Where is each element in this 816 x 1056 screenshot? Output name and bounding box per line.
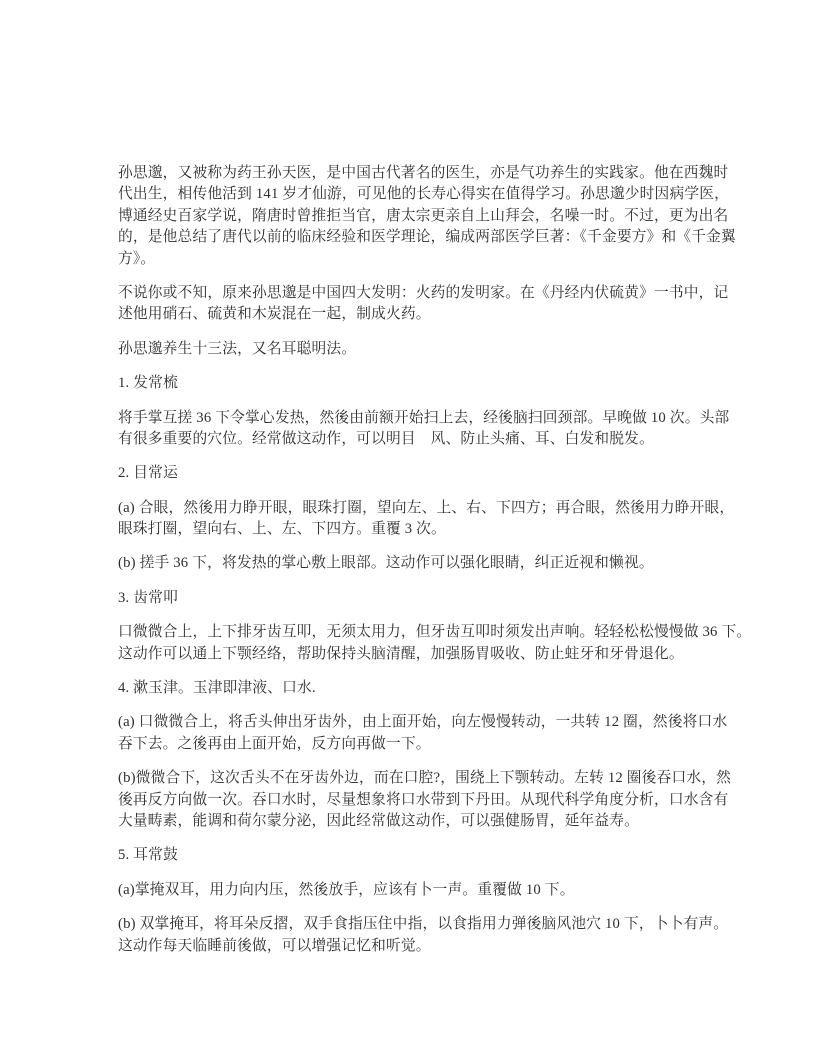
heading-line: 2. 目常运 [118,463,710,484]
heading-line: 4. 漱玉津。玉津即津液、口水. [118,678,710,699]
text-line: 博通经史百家学说，隋唐时曾推拒当官，唐太宗更亲自上山拜会，名噪一时。不过，更为出… [118,206,710,227]
text-line: 後再反方向做一次。吞口水时，尽量想象将口水带到下丹田。从现代科学角度分析，口水含… [118,790,710,811]
text-line: 不说你或不知，原来孙思邈是中国四大发明：火药的发明家。在《丹经内伏硫黄》一书中，… [118,283,710,304]
text-line: 吞下去。之後再由上面开始，反方向再做一下。 [118,734,710,755]
text-line: 大量畴素，能调和荷尔蒙分泌，因此经常做这动作，可以强健肠胃，延年益寿。 [118,811,710,832]
text-line: 孙思邈，又被称为药王孙天医，是中国古代著名的医生，亦是气功养生的实践家。他在西魏… [118,163,710,184]
text-line: 述他用硝石、硫黄和木炭混在一起，制成火药。 [118,304,710,325]
text-line: 有很多重要的穴位。经常做这动作，可以明目 风、防止头痛、耳、白发和脱发。 [118,429,710,450]
text-line: (a)掌掩双耳，用力向内压，然後放手，应该有卜一声。重覆做 10 下。 [118,880,710,901]
gunpowder-paragraph: 不说你或不知，原来孙思邈是中国四大发明：火药的发明家。在《丹经内伏硫黄》一书中，… [118,283,710,326]
section-heading-2: 2. 目常运 [118,463,710,484]
text-line: 眼珠打圈，望向右、上、左、下四方。重覆 3 次。 [118,519,710,540]
text-line: (a) 口微微合上，将舌头伸出牙齿外，由上面开始，向左慢慢转动，一共转 12 圈… [118,712,710,733]
heading-line: 1. 发常梳 [118,373,710,394]
text-line: (b)微微合下，这次舌头不在牙齿外边，而在口腔?，围绕上下颚转动。左转 12 圈… [118,768,710,789]
section-2-item-a: (a) 合眼，然後用力睁开眼，眼珠打圈，望向左、上、右、下四方；再合眼，然後用力… [118,498,710,541]
heading-line: 3. 齿常叩 [118,588,710,609]
document-page: { "page": { "background": "#ffffff", "te… [0,0,816,1056]
heading-line: 5. 耳常鼓 [118,845,710,866]
section-2-item-b: (b) 搓手 36 下，将发热的掌心敷上眼部。这动作可以强化眼睛，纠正近视和懒视… [118,553,710,574]
text-line: 代出生，相传他活到 141 岁才仙游，可见他的长寿心得实在值得学习。孙思邈少时因… [118,184,710,205]
section-4-item-b: (b)微微合下，这次舌头不在牙齿外边，而在口腔?，围绕上下颚转动。左转 12 圈… [118,768,710,832]
text-line: (b) 双掌掩耳，将耳朵反摺，双手食指压住中指，以食指用力弹後脑风池穴 10 下… [118,914,710,935]
section-5-item-a: (a)掌掩双耳，用力向内压，然後放手，应该有卜一声。重覆做 10 下。 [118,880,710,901]
text-line: 这动作可以通上下颚经络，帮助保持头脑清醒，加强肠胃吸收、防止蛀牙和牙骨退化。 [118,644,710,665]
section-1-body: 将手掌互搓 36 下令掌心发热，然後由前额开始扫上去，经後脑扫回颈部。早晚做 1… [118,408,710,451]
section-5-item-b: (b) 双掌掩耳，将耳朵反摺，双手食指压住中指，以食指用力弹後脑风池穴 10 下… [118,914,710,957]
text-line: 这动作每天临睡前後做，可以增强记忆和听觉。 [118,936,710,957]
document-text-block: 孙思邈，又被称为药王孙天医，是中国古代著名的医生，亦是气功养生的实践家。他在西魏… [118,163,710,957]
page-background: 孙思邈，又被称为药王孙天医，是中国古代著名的医生，亦是气功养生的实践家。他在西魏… [0,0,816,1056]
section-heading-5: 5. 耳常鼓 [118,845,710,866]
section-4-item-a: (a) 口微微合上，将舌头伸出牙齿外，由上面开始，向左慢慢转动，一共转 12 圈… [118,712,710,755]
section-heading-1: 1. 发常梳 [118,373,710,394]
text-line: 的，是他总结了唐代以前的临床经验和医学理论，编成两部医学巨著：《千金要方》和《千… [118,227,710,248]
text-line: 方》。 [118,249,710,270]
section-heading-4: 4. 漱玉津。玉津即津液、口水. [118,678,710,699]
section-3-body: 口微微合上，上下排牙齿互叩，无须太用力，但牙齿互叩时须发出声响。轻轻松松慢慢做 … [118,622,710,665]
thirteen-methods-intro: 孙思邈养生十三法，又名耳聪明法。 [118,339,710,360]
text-line: 口微微合上，上下排牙齿互叩，无须太用力，但牙齿互叩时须发出声响。轻轻松松慢慢做 … [118,622,710,643]
text-line: 将手掌互搓 36 下令掌心发热，然後由前额开始扫上去，经後脑扫回颈部。早晚做 1… [118,408,710,429]
text-line: 孙思邈养生十三法，又名耳聪明法。 [118,339,710,360]
text-line: (a) 合眼，然後用力睁开眼，眼珠打圈，望向左、上、右、下四方；再合眼，然後用力… [118,498,710,519]
section-heading-3: 3. 齿常叩 [118,588,710,609]
intro-paragraph: 孙思邈，又被称为药王孙天医，是中国古代著名的医生，亦是气功养生的实践家。他在西魏… [118,163,710,270]
text-line: (b) 搓手 36 下，将发热的掌心敷上眼部。这动作可以强化眼睛，纠正近视和懒视… [118,553,710,574]
